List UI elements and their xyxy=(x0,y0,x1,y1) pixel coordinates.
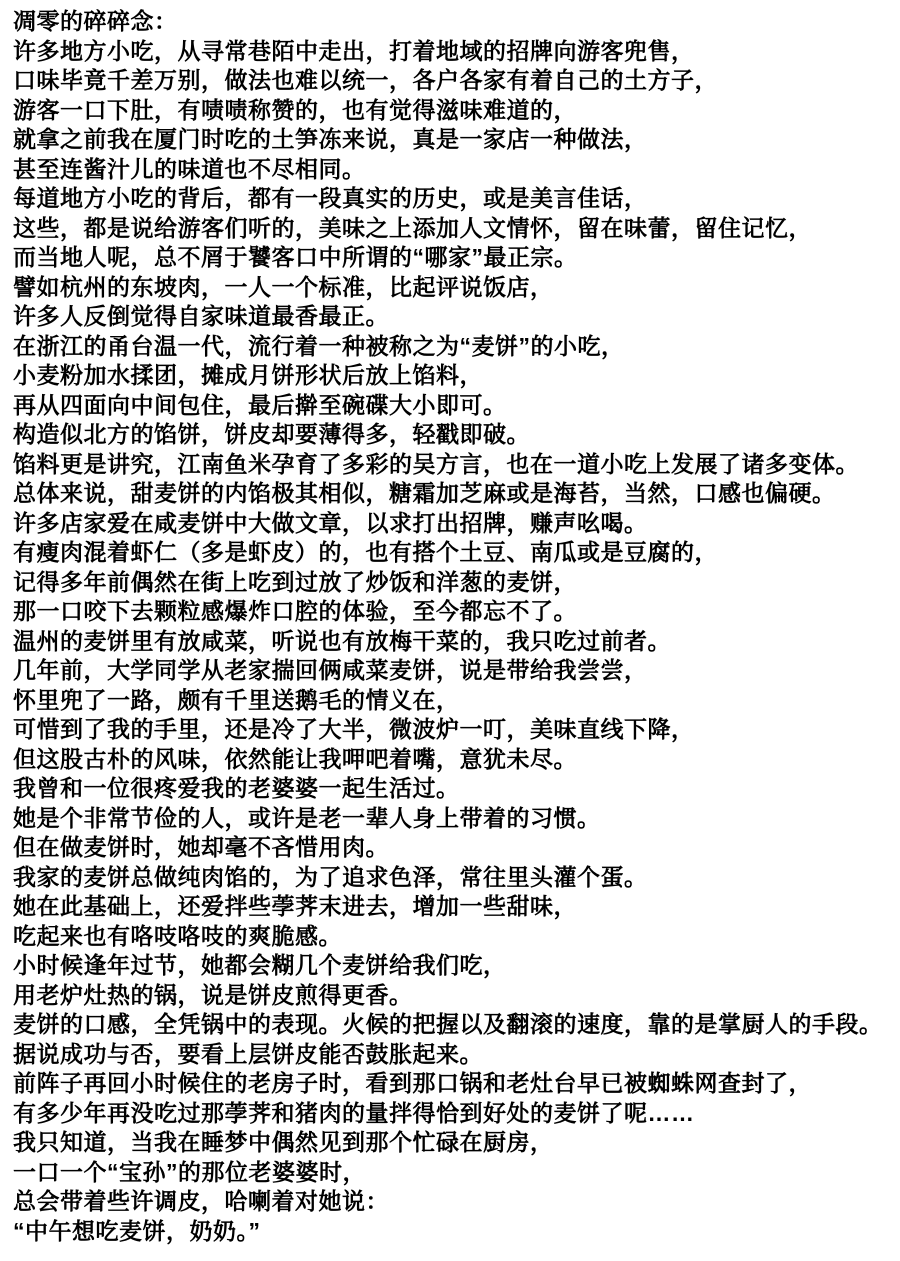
text-line: 据说成功与否，要看上层饼皮能否鼓胀起来。 xyxy=(13,1040,890,1070)
text-line: 那一口咬下去颗粒感爆炸口腔的体验，至今都忘不了。 xyxy=(13,597,890,627)
text-line: 而当地人呢，总不屑于饕客口中所谓的“哪家”最正宗。 xyxy=(13,243,890,273)
text-line: 构造似北方的馅饼，饼皮却要薄得多，轻戳即破。 xyxy=(13,420,890,450)
text-line: 怀里兜了一路，颇有千里送鹅毛的情义在， xyxy=(13,686,890,716)
text-line: 吃起来也有咯吱咯吱的爽脆感。 xyxy=(13,922,890,952)
text-line: 用老炉灶热的锅，说是饼皮煎得更香。 xyxy=(13,981,890,1011)
text-line: 我家的麦饼总做纯肉馅的，为了追求色泽，常往里头灌个蛋。 xyxy=(13,863,890,893)
text-line: 我只知道，当我在睡梦中偶然见到那个忙碌在厨房， xyxy=(13,1128,890,1158)
text-line: 温州的麦饼里有放咸菜，听说也有放梅干菜的，我只吃过前者。 xyxy=(13,627,890,657)
text-line: 每道地方小吃的背后，都有一段真实的历史，或是美言佳话， xyxy=(13,184,890,214)
text-line: 譬如杭州的东坡肉，一人一个标准，比起评说饭店， xyxy=(13,273,890,303)
text-line: 但这股古朴的风味，依然能让我呷吧着嘴，意犹未尽。 xyxy=(13,745,890,775)
text-line: 但在做麦饼时，她却毫不吝惜用肉。 xyxy=(13,833,890,863)
text-line: 小麦粉加水揉团，摊成月饼形状后放上馅料， xyxy=(13,361,890,391)
text-line: 她是个非常节俭的人，或许是老一辈人身上带着的习惯。 xyxy=(13,804,890,834)
text-line: 甚至连酱汁儿的味道也不尽相同。 xyxy=(13,155,890,185)
text-line: 在浙江的甬台温一代，流行着一种被称之为“麦饼”的小吃， xyxy=(13,332,890,362)
text-lines: 凋零的碎碎念：许多地方小吃，从寻常巷陌中走出，打着地域的招牌向游客兜售，口味毕竟… xyxy=(13,7,890,1246)
text-line: 前阵子再回小时候住的老房子时，看到那口锅和老灶台早已被蜘蛛网查封了， xyxy=(13,1069,890,1099)
text-line: 游客一口下肚，有啧啧称赞的，也有觉得滋味难道的， xyxy=(13,96,890,126)
text-line: 有瘦肉混着虾仁（多是虾皮）的，也有搭个土豆、南瓜或是豆腐的， xyxy=(13,538,890,568)
text-line: “中午想吃麦饼，奶奶。” xyxy=(13,1217,890,1247)
text-line: 有多少年再没吃过那荸荠和猪肉的量拌得恰到好处的麦饼了呢…… xyxy=(13,1099,890,1129)
text-line: 馅料更是讲究，江南鱼米孕育了多彩的吴方言，也在一道小吃上发展了诸多变体。 xyxy=(13,450,890,480)
text-line: 许多店家爱在咸麦饼中大做文章，以求打出招牌，赚声吆喝。 xyxy=(13,509,890,539)
text-line: 总会带着些许调皮，哈喇着对她说： xyxy=(13,1187,890,1217)
text-line: 口味毕竟千差万别，做法也难以统一，各户各家有着自己的土方子， xyxy=(13,66,890,96)
text-line: 凋零的碎碎念： xyxy=(13,7,890,37)
text-line: 许多地方小吃，从寻常巷陌中走出，打着地域的招牌向游客兜售， xyxy=(13,37,890,67)
text-line: 麦饼的口感，全凭锅中的表现。火候的把握以及翻滚的速度，靠的是掌厨人的手段。 xyxy=(13,1010,890,1040)
text-line: 小时候逢年过节，她都会糊几个麦饼给我们吃， xyxy=(13,951,890,981)
text-line: 记得多年前偶然在街上吃到过放了炒饭和洋葱的麦饼， xyxy=(13,568,890,598)
text-line: 许多人反倒觉得自家味道最香最正。 xyxy=(13,302,890,332)
text-line: 一口一个“宝孙”的那位老婆婆时， xyxy=(13,1158,890,1188)
text-line: 总体来说，甜麦饼的内馅极其相似，糖霜加芝麻或是海苔，当然，口感也偏硬。 xyxy=(13,479,890,509)
text-line: 她在此基础上，还爱拌些荸荠末进去，增加一些甜味， xyxy=(13,892,890,922)
text-line: 这些，都是说给游客们听的，美味之上添加人文情怀，留在味蕾，留住记忆， xyxy=(13,214,890,244)
document-body: 凋零的碎碎念：许多地方小吃，从寻常巷陌中走出，打着地域的招牌向游客兜售，口味毕竟… xyxy=(0,0,900,1261)
text-line: 就拿之前我在厦门时吃的土笋冻来说，真是一家店一种做法， xyxy=(13,125,890,155)
text-line: 我曾和一位很疼爱我的老婆婆一起生活过。 xyxy=(13,774,890,804)
text-line: 可惜到了我的手里，还是冷了大半，微波炉一叮，美味直线下降， xyxy=(13,715,890,745)
text-line: 再从四面向中间包住，最后擀至碗碟大小即可。 xyxy=(13,391,890,421)
text-line: 几年前，大学同学从老家揣回俩咸菜麦饼，说是带给我尝尝， xyxy=(13,656,890,686)
